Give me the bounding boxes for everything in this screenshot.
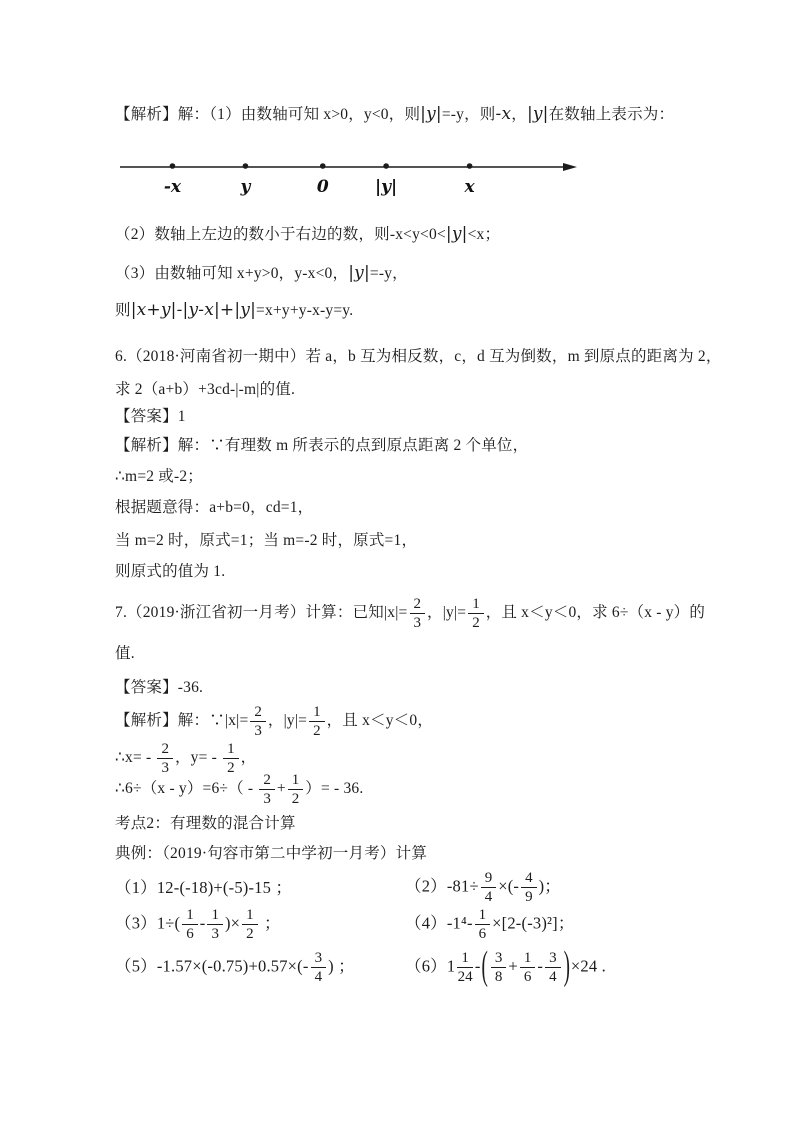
problem-7-analysis-line3: ∴6÷（x - y）=6÷（ - 23+12）= - 36.	[115, 772, 733, 807]
fraction: 23	[259, 772, 275, 807]
problem-6-analysis-line4: 当 m=2 时，原式=1；当 m=-2 时，原式=1，	[115, 530, 733, 552]
text-run: ）= - 36.	[305, 780, 363, 797]
text-run: （2）数轴上左边的数小于右边的数，则-x<y<0<	[115, 226, 446, 243]
text-run: 【解析】解：∵有理数 m 所表示的点到原点距离 2 个单位，	[115, 437, 528, 454]
problem-6-analysis-line1: 【解析】解：∵有理数 m 所表示的点到原点距离 2 个单位，	[115, 435, 733, 457]
fraction-numerator: 1	[457, 950, 473, 968]
exercise-row-3-4-col1: （3）1÷(16-13)×12 ；	[115, 907, 405, 942]
analysis-part3-result-line: 则|x+y|-|y-x|+|y|=x+y+y-x-y=y.	[115, 299, 733, 322]
text-run: ，且 x＜y＜0，求 6÷（x - y）的	[486, 604, 705, 621]
fraction-numerator: 1	[309, 704, 325, 722]
text-run: （5）-1.57×(-0.75)+0.57×(-	[115, 956, 309, 975]
analysis-part3-line: （3）由数轴可知 x+y>0，y-x<0，|y|=-y，	[115, 262, 733, 285]
fraction-denominator: 24	[457, 968, 473, 985]
fraction-numerator: 1	[475, 907, 491, 925]
exercise-row-3-4-col2: （4）-1⁴-16×[2-(-3)²]；	[405, 907, 575, 942]
exercise-row-5-6-col2: （6）1124-(38+16-34)×24 .	[405, 950, 606, 985]
fraction-numerator: 2	[250, 704, 266, 722]
text-run: （4）-1⁴-	[405, 913, 473, 932]
text-run: 当 m=2 时，原式=1；当 m=-2 时，原式=1，	[115, 532, 417, 549]
number-line-point	[467, 163, 473, 169]
text-run: )×	[225, 913, 240, 932]
fraction-numerator: 1	[468, 596, 484, 614]
text-run: 根据题意得：a+b=0，cd=1，	[115, 499, 313, 516]
analysis-part1-line: 【解析】解：（1）由数轴可知 x>0，y<0，则|y|=-y，则-x，|y|在数…	[115, 103, 733, 126]
fraction-denominator: 4	[545, 968, 561, 985]
topic-2-heading: 考点2：有理数的混合计算	[115, 813, 733, 835]
text-run: ，且 x＜y＜0，	[327, 712, 433, 729]
document-content: 【解析】解：（1）由数轴可知 x>0，y<0，则|y|=-y，则-x，|y|在数…	[0, 0, 793, 985]
exercise-row-3-4: （3）1÷(16-13)×12 ；（4）-1⁴-16×[2-(-3)²]；	[115, 907, 733, 942]
problem-6-analysis-line3: 根据题意得：a+b=0，cd=1，	[115, 497, 733, 519]
fraction: 12	[468, 596, 484, 631]
fraction-numerator: 1	[520, 950, 536, 968]
fraction-denominator: 6	[520, 968, 536, 985]
text-run: ) ；	[328, 956, 355, 975]
fraction-numerator: 3	[311, 950, 327, 968]
fraction: 34	[545, 950, 561, 985]
problem-6-analysis-line2: ∴m=2 或-2；	[115, 466, 733, 488]
big-paren: )	[564, 944, 570, 990]
fraction-denominator: 3	[207, 925, 223, 942]
text-run: （2）-81÷	[405, 876, 479, 895]
fraction-denominator: 2	[309, 722, 325, 739]
problem-7-statement-line2: 值.	[115, 643, 733, 665]
text-run: 【解析】解：∵|x|=	[115, 712, 248, 729]
fraction: 23	[410, 596, 426, 631]
fraction: 16	[475, 907, 491, 942]
text-run: |x+y|-|y-x|+|y|	[131, 300, 256, 320]
exercise-row-1-2-col2: （2）-81÷94×(-49)；	[405, 870, 561, 905]
text-run: |y|	[348, 263, 370, 283]
text-run: |y|	[446, 224, 468, 244]
fraction-numerator: 1	[207, 907, 223, 925]
text-run: ，	[241, 749, 257, 766]
text-run: ，|y|=	[427, 604, 466, 621]
number-line-point	[383, 163, 389, 169]
number-line-point	[320, 163, 326, 169]
fraction-denominator: 4	[481, 888, 497, 905]
fraction-denominator: 2	[468, 614, 484, 631]
text-run: 则原式的值为 1.	[115, 563, 225, 580]
text-run: （6）1	[405, 956, 455, 975]
problem-7-statement-line1: 7.（2019·浙江省初一月考）计算：已知|x|=23，|y|=12，且 x＜y…	[115, 596, 733, 631]
fraction: 94	[481, 870, 497, 905]
text-run: +	[277, 780, 286, 797]
fraction-denominator: 2	[242, 925, 258, 942]
fraction-denominator: 3	[250, 722, 266, 739]
fraction: 12	[288, 772, 304, 807]
text-run: -	[475, 956, 481, 975]
fraction-denominator: 8	[491, 968, 507, 985]
text-run: ，|y|=	[268, 712, 307, 729]
fraction-numerator: 3	[491, 950, 507, 968]
fraction: 38	[491, 950, 507, 985]
exercise-row-1-2-col1: （1）12-(-18)+(-5)-15 ；	[115, 877, 405, 899]
fraction: 13	[207, 907, 223, 942]
text-run: -	[200, 913, 206, 932]
fraction-denominator: 3	[259, 790, 275, 807]
text-run: ∴m=2 或-2；	[115, 468, 203, 485]
fraction-numerator: 9	[481, 870, 497, 888]
text-run: 【答案】1	[115, 408, 186, 425]
number-line: -xy0|y|x	[117, 152, 587, 204]
fraction-numerator: 3	[545, 950, 561, 968]
fraction: 12	[309, 704, 325, 739]
fraction-denominator: 2	[288, 790, 304, 807]
axis-arrow-icon	[563, 163, 577, 171]
text-run: )；	[539, 876, 561, 895]
example-heading: 典例：（2019·句容市第二中学初一月考）计算	[115, 843, 733, 865]
document-page: 【解析】解：（1）由数轴可知 x>0，y<0，则|y|=-y，则-x，|y|在数…	[0, 0, 793, 1122]
number-line-point	[243, 163, 249, 169]
fraction: 12	[223, 741, 239, 776]
exercise-row-5-6-col1: （5）-1.57×(-0.75)+0.57×(-34) ；	[115, 950, 405, 985]
fraction-denominator: 3	[410, 614, 426, 631]
fraction-numerator: 2	[259, 772, 275, 790]
fraction-numerator: 4	[521, 870, 537, 888]
fraction-denominator: 4	[311, 968, 327, 985]
fraction-numerator: 1	[182, 907, 198, 925]
big-paren: (	[482, 944, 488, 990]
text-run: 【答案】-36.	[115, 679, 203, 696]
text-run: +	[508, 956, 518, 975]
problem-7-answer: 【答案】-36.	[115, 677, 733, 699]
text-run: |y|	[420, 104, 442, 124]
text-run: ，y= -	[175, 749, 221, 766]
number-line-label: 0	[317, 177, 329, 197]
number-line-figure: -xy0|y|x	[117, 152, 733, 211]
text-run: ∴6÷（x - y）=6÷（ -	[115, 780, 257, 797]
text-run: （1）12-(-18)+(-5)-15 ；	[115, 878, 292, 897]
problem-6-statement-line2: 求 2（a+b）+3cd-|-m|的值.	[115, 379, 733, 401]
number-line-label: -x	[164, 177, 182, 197]
text-run: -x	[496, 104, 512, 124]
problem-7-analysis-line1: 【解析】解：∵|x|=23，|y|=12，且 x＜y＜0，	[115, 704, 733, 739]
fraction-denominator: 6	[475, 925, 491, 942]
text-run: ×[2-(-3)²]；	[492, 913, 574, 932]
text-run: 7.（2019·浙江省初一月考）计算：已知|x|=	[115, 604, 408, 621]
text-run: <x；	[468, 226, 501, 243]
text-run: =x+y+y-x-y=y.	[256, 302, 353, 319]
text-run: 则	[115, 302, 131, 319]
fraction-numerator: 1	[223, 741, 239, 759]
text-run: 典例：（2019·句容市第二中学初一月考）计算	[115, 845, 427, 862]
fraction-denominator: 9	[521, 888, 537, 905]
text-run: 求 2（a+b）+3cd-|-m|的值.	[115, 381, 295, 398]
number-line-label: |y|	[375, 177, 397, 197]
text-run: 在数轴上表示为：	[549, 106, 675, 123]
fraction: 12	[242, 907, 258, 942]
exercise-row-5-6: （5）-1.57×(-0.75)+0.57×(-34) ；（6）1124-(38…	[115, 950, 733, 985]
exercise-row-1-2: （1）12-(-18)+(-5)-15 ；（2）-81÷94×(-49)；	[115, 870, 733, 905]
fraction: 23	[250, 704, 266, 739]
problem-7-analysis-line2: ∴x= - 23，y= - 12，	[115, 741, 733, 776]
analysis-part2-line: （2）数轴上左边的数小于右边的数，则-x<y<0<|y|<x；	[115, 223, 733, 246]
text-run: ×24 .	[571, 956, 606, 975]
fraction: 124	[457, 950, 473, 985]
fraction-denominator: 6	[182, 925, 198, 942]
fraction: 23	[157, 741, 173, 776]
fraction-numerator: 2	[157, 741, 173, 759]
fraction: 16	[520, 950, 536, 985]
text-run: 值.	[115, 645, 135, 662]
text-run: |y|	[527, 104, 549, 124]
text-run: ∴x= -	[115, 749, 155, 766]
number-line-point	[170, 163, 176, 169]
problem-6-analysis-line5: 则原式的值为 1.	[115, 561, 733, 583]
fraction-numerator: 1	[288, 772, 304, 790]
fraction-numerator: 1	[242, 907, 258, 925]
fraction-numerator: 2	[410, 596, 426, 614]
text-run: ；	[260, 913, 281, 932]
problem-6-answer: 【答案】1	[115, 406, 733, 428]
number-line-label: x	[464, 177, 476, 197]
problem-6-statement-line1: 6.（2018·河南省初一期中）若 a，b 互为相反数，c，d 互为倒数，m 到…	[115, 346, 733, 368]
fraction: 49	[521, 870, 537, 905]
text-run: ×(-	[498, 876, 519, 895]
text-run: =-y，则	[442, 106, 496, 123]
text-run: 【解析】解：（1）由数轴可知 x>0，y<0，则	[115, 106, 420, 123]
text-run: 6.（2018·河南省初一期中）若 a，b 互为相反数，c，d 互为倒数，m 到…	[115, 348, 722, 365]
text-run: 考点2：有理数的混合计算	[115, 815, 296, 832]
number-line-label: y	[239, 177, 251, 197]
fraction: 34	[311, 950, 327, 985]
text-run: （3）由数轴可知 x+y>0，y-x<0，	[115, 265, 348, 282]
fraction: 16	[182, 907, 198, 942]
text-run: （3）1÷(	[115, 913, 180, 932]
text-run: =-y，	[370, 265, 408, 282]
text-run: -	[537, 956, 543, 975]
text-run: ，	[511, 106, 527, 123]
